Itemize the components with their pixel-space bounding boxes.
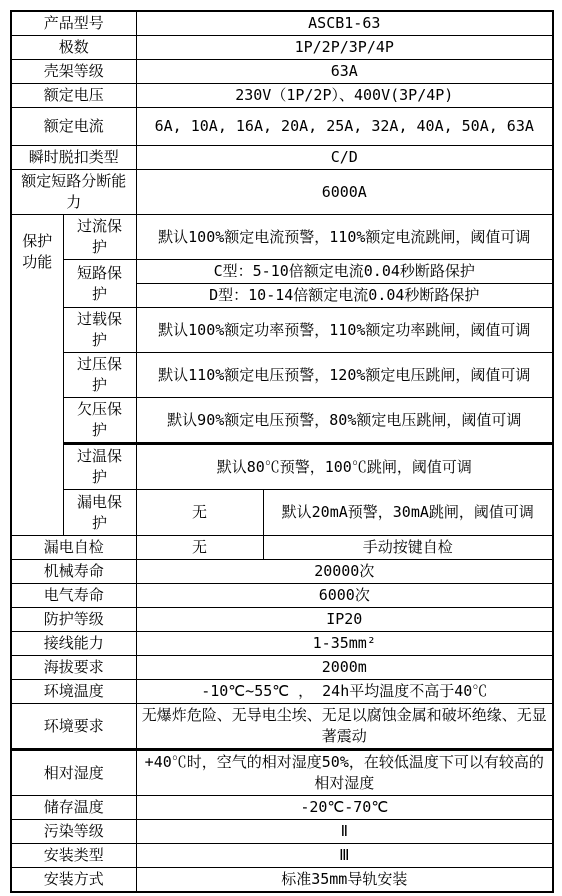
ip-rating-label: 防护等级 (11, 608, 136, 632)
rated-voltage-value: 230V（1P/2P）、400V(3P/4P) (136, 84, 553, 108)
mechanical-life-label: 机械寿命 (11, 560, 136, 584)
frame-rating-label: 壳架等级 (11, 60, 136, 84)
wiring-capacity-value: 1-35mm² (136, 632, 553, 656)
installation-method-label: 安装方式 (11, 868, 136, 893)
overvoltage-label: 过压保护 (63, 353, 136, 398)
rated-current-label: 额定电流 (11, 108, 136, 146)
row-frame-rating: 壳架等级 63A (11, 60, 553, 84)
short-circuit-d-value: D型：10-14倍额定电流0.04秒断路保护 (136, 284, 553, 308)
row-leakage-self-test: 漏电自检 无 手动按键自检 (11, 536, 553, 560)
spec-table: 产品型号 ASCB1-63 极数 1P/2P/3P/4P 壳架等级 63A 额定… (10, 10, 554, 893)
overvoltage-value: 默认110%额定电压预警，120%额定电压跳闸，阈值可调 (136, 353, 553, 398)
poles-label: 极数 (11, 36, 136, 60)
leakage-self-test-label: 漏电自检 (11, 536, 136, 560)
row-leakage-protection: 漏电保护 无 默认20mA预警，30mA跳闸，阈值可调 (11, 490, 553, 536)
row-pollution-degree: 污染等级 Ⅱ (11, 820, 553, 844)
leakage-self-test-right: 手动按键自检 (263, 536, 553, 560)
instant-trip-type-value: C/D (136, 146, 553, 170)
rated-current-value: 6A, 10A, 16A, 20A, 25A, 32A, 40A, 50A, 6… (136, 108, 553, 146)
leakage-self-test-left: 无 (136, 536, 263, 560)
row-product-model: 产品型号 ASCB1-63 (11, 11, 553, 36)
row-poles: 极数 1P/2P/3P/4P (11, 36, 553, 60)
row-mechanical-life: 机械寿命 20000次 (11, 560, 553, 584)
installation-category-label: 安装类型 (11, 844, 136, 868)
frame-rating-value: 63A (136, 60, 553, 84)
breaking-capacity-value: 6000A (136, 170, 553, 215)
wiring-capacity-label: 接线能力 (11, 632, 136, 656)
ambient-temperature-label: 环境温度 (11, 680, 136, 704)
altitude-label: 海拔要求 (11, 656, 136, 680)
storage-temperature-value: -20℃-70℃ (136, 796, 553, 820)
row-overvoltage-protection: 过压保护 默认110%额定电压预警，120%额定电压跳闸，阈值可调 (11, 353, 553, 398)
mechanical-life-value: 20000次 (136, 560, 553, 584)
instant-trip-type-label: 瞬时脱扣类型 (11, 146, 136, 170)
row-altitude: 海拔要求 2000m (11, 656, 553, 680)
relative-humidity-value: +40℃时，空气的相对湿度50%，在较低温度下可以有较高的相对湿度 (136, 750, 553, 796)
electrical-life-value: 6000次 (136, 584, 553, 608)
leakage-label: 漏电保护 (63, 490, 136, 536)
environment-requirements-label: 环境要求 (11, 704, 136, 750)
pollution-degree-value: Ⅱ (136, 820, 553, 844)
overtemperature-label: 过温保护 (63, 444, 136, 490)
row-rated-voltage: 额定电压 230V（1P/2P）、400V(3P/4P) (11, 84, 553, 108)
poles-value: 1P/2P/3P/4P (136, 36, 553, 60)
environment-requirements-value: 无爆炸危险、无导电尘埃、无足以腐蚀金属和破坏绝缘、无显著震动 (136, 704, 553, 750)
ambient-temperature-value: -10℃~55℃ ， 24h平均温度不高于40℃ (136, 680, 553, 704)
rated-voltage-label: 额定电压 (11, 84, 136, 108)
row-environment-requirements: 环境要求 无爆炸危险、无导电尘埃、无足以腐蚀金属和破坏绝缘、无显著震动 (11, 704, 553, 750)
row-overcurrent-protection: 保护功能 过流保护 默认100%额定电流预警，110%额定电流跳闸，阈值可调 (11, 215, 553, 260)
row-rated-current: 额定电流 6A, 10A, 16A, 20A, 25A, 32A, 40A, 5… (11, 108, 553, 146)
short-circuit-label: 短路保护 (63, 260, 136, 308)
installation-category-value: Ⅲ (136, 844, 553, 868)
row-short-circuit-c: 短路保护 C型：5-10倍额定电流0.04秒断路保护 (11, 260, 553, 284)
ip-rating-value: IP20 (136, 608, 553, 632)
row-storage-temperature: 储存温度 -20℃-70℃ (11, 796, 553, 820)
breaking-capacity-label: 额定短路分断能力 (11, 170, 136, 215)
leakage-value-left: 无 (136, 490, 263, 536)
undervoltage-value: 默认90%额定电压预警，80%额定电压跳闸，阈值可调 (136, 398, 553, 444)
relative-humidity-label: 相对湿度 (11, 750, 136, 796)
row-installation-category: 安装类型 Ⅲ (11, 844, 553, 868)
row-overtemperature-protection: 过温保护 默认80℃预警，100℃跳闸，阈值可调 (11, 444, 553, 490)
overcurrent-label: 过流保护 (63, 215, 136, 260)
short-circuit-c-value: C型：5-10倍额定电流0.04秒断路保护 (136, 260, 553, 284)
product-model-value: ASCB1-63 (136, 11, 553, 36)
overload-value: 默认100%额定功率预警，110%额定功率跳闸，阈值可调 (136, 308, 553, 353)
row-undervoltage-protection: 欠压保护 默认90%额定电压预警，80%额定电压跳闸，阈值可调 (11, 398, 553, 444)
row-relative-humidity: 相对湿度 +40℃时，空气的相对湿度50%，在较低温度下可以有较高的相对湿度 (11, 750, 553, 796)
leakage-value-right: 默认20mA预警，30mA跳闸，阈值可调 (263, 490, 553, 536)
pollution-degree-label: 污染等级 (11, 820, 136, 844)
row-installation-method: 安装方式 标准35mm导轨安装 (11, 868, 553, 893)
overtemperature-value: 默认80℃预警，100℃跳闸，阈值可调 (136, 444, 553, 490)
row-ambient-temperature: 环境温度 -10℃~55℃ ， 24h平均温度不高于40℃ (11, 680, 553, 704)
installation-method-value: 标准35mm导轨安装 (136, 868, 553, 893)
storage-temperature-label: 储存温度 (11, 796, 136, 820)
row-breaking-capacity: 额定短路分断能力 6000A (11, 170, 553, 215)
overload-label: 过载保护 (63, 308, 136, 353)
electrical-life-label: 电气寿命 (11, 584, 136, 608)
row-overload-protection: 过载保护 默认100%额定功率预警，110%额定功率跳闸，阈值可调 (11, 308, 553, 353)
row-ip-rating: 防护等级 IP20 (11, 608, 553, 632)
undervoltage-label: 欠压保护 (63, 398, 136, 444)
row-electrical-life: 电气寿命 6000次 (11, 584, 553, 608)
row-instant-trip-type: 瞬时脱扣类型 C/D (11, 146, 553, 170)
product-model-label: 产品型号 (11, 11, 136, 36)
protection-group-label: 保护功能 (11, 215, 63, 536)
altitude-value: 2000m (136, 656, 553, 680)
row-wiring-capacity: 接线能力 1-35mm² (11, 632, 553, 656)
overcurrent-value: 默认100%额定电流预警，110%额定电流跳闸，阈值可调 (136, 215, 553, 260)
